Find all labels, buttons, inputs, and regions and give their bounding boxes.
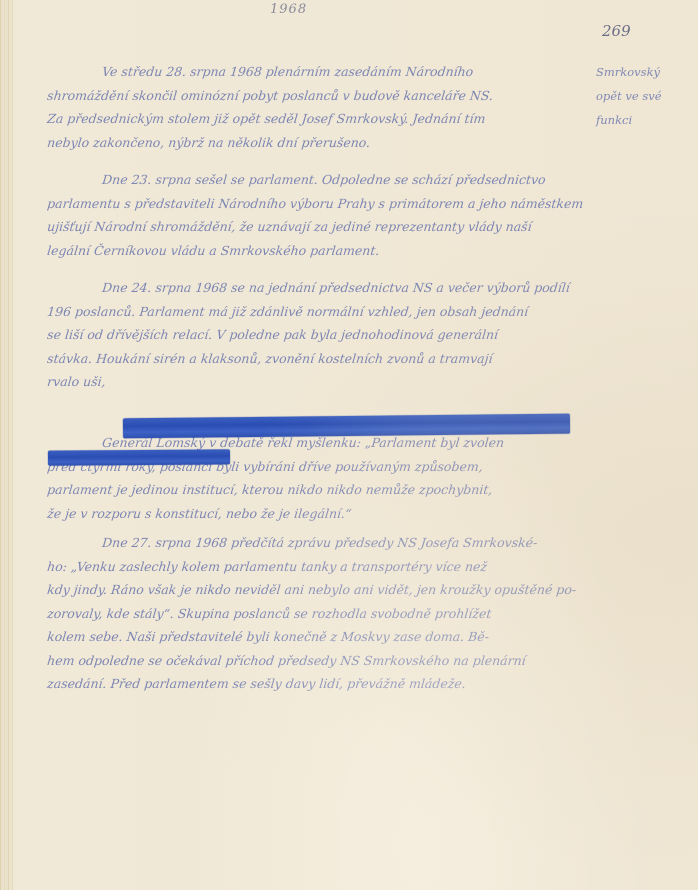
text-line: nebylo zakončeno, nýbrž na několik dní p… bbox=[46, 131, 588, 155]
text-line: Ve středu 28. srpna 1968 plenárním zased… bbox=[46, 60, 588, 84]
text-line: legální Černíkovou vládu a Smrkovského p… bbox=[46, 239, 588, 263]
text-line: Za předsednickým stolem již opět seděl J… bbox=[46, 107, 588, 131]
text-line: zasedání. Před parlamentem se sešly davy… bbox=[46, 672, 588, 696]
text-line: se liší od dřívějších relací. V poledne … bbox=[46, 323, 588, 347]
text-line: ujišťují Národní shromáždění, že uznávaj… bbox=[46, 215, 588, 239]
header-year: 1968 bbox=[270, 2, 307, 17]
text-line: ho: „Venku zaslechly kolem parlamentu ta… bbox=[46, 555, 588, 579]
text-line: stávka. Houkání sirén a klaksonů, zvoněn… bbox=[46, 347, 588, 371]
redaction-bar bbox=[48, 449, 230, 465]
text-line: Dne 23. srpna sešel se parlament. Odpole… bbox=[46, 168, 588, 192]
page-number: 269 bbox=[602, 22, 631, 40]
text-line: kdy jindy. Ráno však je nikdo neviděl an… bbox=[46, 578, 588, 602]
text-line: 196 poslanců. Parlament má již zdánlivě … bbox=[46, 300, 588, 324]
text-line: kolem sebe. Naši představitelé byli kone… bbox=[46, 625, 588, 649]
margin-note-line: funkci bbox=[596, 108, 686, 132]
text-line: Dne 24. srpna 1968 se na jednání předsed… bbox=[46, 276, 588, 300]
margin-note-line: opět ve své bbox=[596, 84, 686, 108]
text-line: zorovaly, kde stály“. Skupina poslanců s… bbox=[46, 602, 588, 626]
margin-note: Smrkovský opět ve své funkci bbox=[596, 60, 686, 132]
text-line: shromáždění skončil ominózní pobyt posla… bbox=[46, 84, 588, 108]
text-line: hem odpoledne se očekával příchod předse… bbox=[46, 649, 588, 673]
text-line: parlamentu s představiteli Národního výb… bbox=[46, 192, 588, 216]
text-line: Dne 27. srpna 1968 předčítá zprávu předs… bbox=[46, 531, 588, 555]
scanned-document-page: 1968 269 Smrkovský opět ve své funkci Ve… bbox=[0, 0, 698, 890]
margin-note-line: Smrkovský bbox=[596, 60, 686, 84]
text-line: parlament je jedinou institucí, kterou n… bbox=[46, 478, 588, 502]
text-line: že je v rozporu s konstitucí, nebo že je… bbox=[46, 502, 588, 526]
text-line: rvalo uši, bbox=[46, 370, 588, 394]
handwritten-body: Ve středu 28. srpna 1968 plenárním zased… bbox=[46, 60, 586, 696]
